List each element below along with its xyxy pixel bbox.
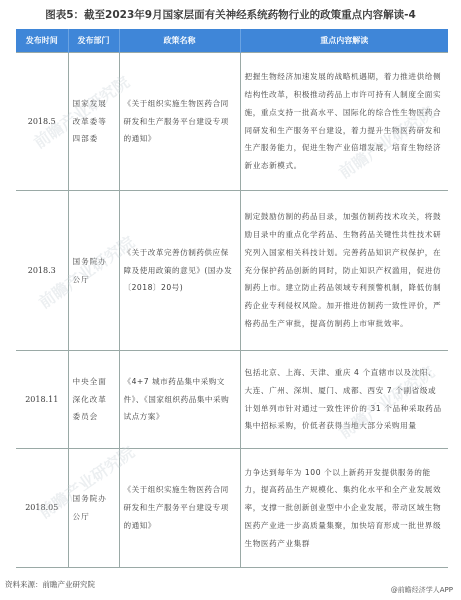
- cell-department: 中央全面深化改革委员会: [68, 351, 119, 449]
- header-policy-name: 政策名称: [119, 29, 240, 53]
- cell-policy-name: 《关于组织实施生物医药合同研发和生产服务平台建设专项的通知》: [119, 53, 240, 191]
- header-date: 发布时间: [16, 29, 68, 53]
- header-department: 发布部门: [68, 29, 119, 53]
- cell-department: 国务院办公厅: [68, 449, 119, 568]
- cell-department: 国务院办公厅: [68, 191, 119, 351]
- cell-policy-name: 《关于改革完善仿制药供应保障及使用政策的意见》(国办发〔2018〕20号): [119, 191, 240, 351]
- cell-date: 2018.05: [16, 449, 68, 568]
- policy-table: 发布时间 发布部门 政策名称 重点内容解读 2018.5 国家发展改革委等四部委…: [16, 29, 448, 568]
- cell-date: 2018.3: [16, 191, 68, 351]
- cell-policy-name: 《关于组织实施生物医药合同研发和生产服务平台建设专项的通知》: [119, 449, 240, 568]
- table-row: 2018.11 中央全面深化改革委员会 《4+7 城市药品集中采购文件》、《国家…: [16, 351, 448, 449]
- cell-interpretation: 把握生物经济加速发展的战略机遇期，着力推进供给侧结构性改革，积极推动药品上市许可…: [240, 53, 448, 191]
- cell-date: 2018.5: [16, 53, 68, 191]
- table-row: 2018.3 国务院办公厅 《关于改革完善仿制药供应保障及使用政策的意见》(国办…: [16, 191, 448, 351]
- cell-interpretation: 包括北京、上海、天津、重庆 4 个直辖市以及沈阳、大连、广州、深圳、厦门、成都、…: [240, 351, 448, 449]
- credit-note: @前瞻经济学人APP: [391, 585, 453, 595]
- header-interpretation: 重点内容解读: [240, 29, 448, 53]
- cell-interpretation: 制定鼓励仿制的药品目录，加强仿制药技术攻关，将鼓励目录中的重点化学药品、生物药品…: [240, 191, 448, 351]
- cell-policy-name: 《4+7 城市药品集中采购文件》、《国家组织药品集中采购试点方案》: [119, 351, 240, 449]
- table-row: 2018.05 国务院办公厅 《关于组织实施生物医药合同研发和生产服务平台建设专…: [16, 449, 448, 568]
- chart-title: 图表5：截至2023年9月国家层面有关神经系统药物行业的政策重点内容解读-4: [0, 7, 461, 22]
- source-note: 资料来源：前瞻产业研究院: [5, 579, 95, 590]
- cell-date: 2018.11: [16, 351, 68, 449]
- table-header-row: 发布时间 发布部门 政策名称 重点内容解读: [16, 29, 448, 53]
- cell-interpretation: 力争达到每年为 100 个以上新药开发提供服务的能力，提高药品生产规模化、集约化…: [240, 449, 448, 568]
- cell-department: 国家发展改革委等四部委: [68, 53, 119, 191]
- table-row: 2018.5 国家发展改革委等四部委 《关于组织实施生物医药合同研发和生产服务平…: [16, 53, 448, 191]
